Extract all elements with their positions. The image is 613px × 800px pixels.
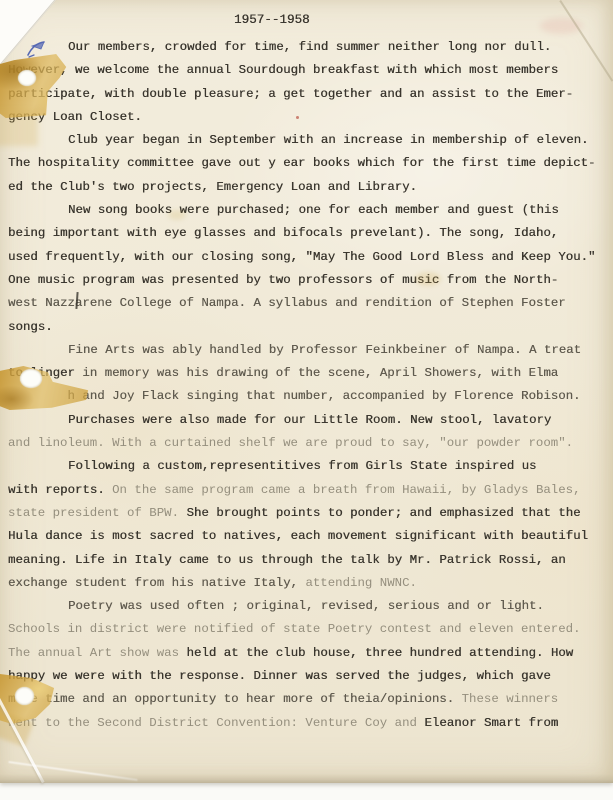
- stain-wash: [0, 110, 38, 146]
- text-line: and linoleum. With a curtained shelf we …: [8, 432, 608, 455]
- text-segment: being important with eye glasses and bif…: [8, 226, 558, 240]
- scanned-document-screenshot: { "document": { "title": "1957--1958", "…: [0, 0, 613, 800]
- text-segment: more time and an opportunity to hear mor…: [8, 692, 462, 706]
- text-segment: The hospitality committee gave out y ear…: [8, 156, 595, 170]
- text-segment: in memory was his drawing of the scene, …: [75, 366, 558, 380]
- text-segment: Fine Arts was ably handled by Professor …: [68, 343, 581, 357]
- text-line: participate, with double pleasure; a get…: [8, 83, 608, 106]
- crease-line: [8, 761, 137, 781]
- text-segment: One music program was presented by two p…: [8, 273, 558, 287]
- stain-hole: [20, 369, 42, 388]
- stain-hole: [15, 687, 34, 705]
- text-line: being important with eye glasses and bif…: [8, 222, 608, 245]
- smudge: [415, 272, 441, 286]
- text-line: Club year began in September with an inc…: [8, 129, 608, 152]
- text-line: meaning. Life in Italy came to us throug…: [8, 549, 608, 572]
- text-line: h and Joy Flack singing that number, acc…: [8, 385, 608, 408]
- text-segment: Eleanor Smart from: [424, 716, 558, 730]
- text-segment: went to the Second District Convention: …: [8, 716, 424, 730]
- typed-lines: Our members, crowded for time, find summ…: [8, 36, 608, 735]
- text-segment: ed the Club's two projects, Emergency Lo…: [8, 180, 417, 194]
- text-line: went to the Second District Convention: …: [8, 712, 608, 735]
- text-segment: participate, with double pleasure; a get…: [8, 87, 573, 101]
- text-segment: On the same program came a breath from H…: [112, 483, 580, 497]
- red-ink-speck: [296, 116, 299, 119]
- text-segment: songs.: [8, 320, 53, 334]
- page-title: 1957--1958: [234, 13, 310, 27]
- text-segment: Poetry was used often ; original, revise…: [68, 599, 544, 613]
- document-page: 1957--1958 Our members, crowded for time…: [0, 0, 613, 783]
- stain-hole: [18, 70, 36, 86]
- text-segment: Our members, crowded for time, find summ…: [68, 40, 551, 54]
- text-segment: held at the club house, three hundred at…: [186, 646, 573, 660]
- text-segment: and linoleum. With a curtained shelf we …: [8, 436, 573, 450]
- text-line: Schools in district were notified of sta…: [8, 618, 608, 641]
- text-segment: meaning. Life in Italy came to us throug…: [8, 553, 566, 567]
- text-line: New song books were purchased; one for e…: [8, 199, 608, 222]
- text-line: Purchases were also made for our Little …: [8, 409, 608, 432]
- text-segment: attending NWNC.: [305, 576, 417, 590]
- text-line: ed the Club's two projects, Emergency Lo…: [8, 176, 608, 199]
- text-segment: with reports.: [8, 483, 112, 497]
- text-line: Hula dance is most sacred to natives, ea…: [8, 525, 608, 548]
- text-line: used frequently, with our closing song, …: [8, 246, 608, 269]
- text-line: state president of BPW. She brought poin…: [8, 502, 608, 525]
- text-line: Our members, crowded for time, find summ…: [8, 36, 608, 59]
- text-segment: New song books were purchased; one for e…: [68, 203, 559, 217]
- text-line: more time and an opportunity to hear mor…: [8, 688, 608, 711]
- text-segment: Club year began in September with an inc…: [68, 133, 589, 147]
- text-line: The annual Art show was held at the club…: [8, 642, 608, 665]
- text-segment: happy we were with the response. Dinner …: [8, 669, 551, 683]
- text-line: The hospitality committee gave out y ear…: [8, 152, 608, 175]
- text-line: gency Loan Closet.: [8, 106, 608, 129]
- text-segment: Purchases were also made for our Little …: [68, 413, 551, 427]
- text-line: west Nazzarene College of Nampa. A sylla…: [8, 292, 608, 315]
- text-segment: Hula dance is most sacred to natives, ea…: [8, 529, 588, 543]
- smudge: [168, 210, 186, 220]
- text-segment: west Nazzarene College of Nampa. A sylla…: [8, 296, 566, 310]
- text-segment: These winners: [462, 692, 559, 706]
- text-line: songs.: [8, 316, 608, 339]
- text-segment: The annual Art show was: [8, 646, 186, 660]
- text-segment: h and Joy Flack singing that number, acc…: [8, 389, 581, 403]
- text-line: Fine Arts was ably handled by Professor …: [8, 339, 608, 362]
- text-segment: Schools in district were notified of sta…: [8, 622, 581, 636]
- text-line: with reports. On the same program came a…: [8, 479, 608, 502]
- text-line: Poetry was used often ; original, revise…: [8, 595, 608, 618]
- text-segment: She brought points to ponder; and emphas…: [186, 506, 580, 520]
- text-segment: state president of BPW.: [8, 506, 186, 520]
- text-line: One music program was presented by two p…: [8, 269, 608, 292]
- text-line: happy we were with the response. Dinner …: [8, 665, 608, 688]
- text-segment: Following a custom,representitives from …: [68, 459, 536, 473]
- text-segment: used frequently, with our closing song, …: [8, 250, 595, 264]
- text-segment: exchange student from his native Italy,: [8, 576, 305, 590]
- text-line: Following a custom,representitives from …: [8, 455, 608, 478]
- text-line: exchange student from his native Italy, …: [8, 572, 608, 595]
- text-segment: However, we welcome the annual Sourdough…: [8, 63, 558, 77]
- text-line: However, we welcome the annual Sourdough…: [8, 59, 608, 82]
- text-line: to linger in memory was his drawing of t…: [8, 362, 608, 385]
